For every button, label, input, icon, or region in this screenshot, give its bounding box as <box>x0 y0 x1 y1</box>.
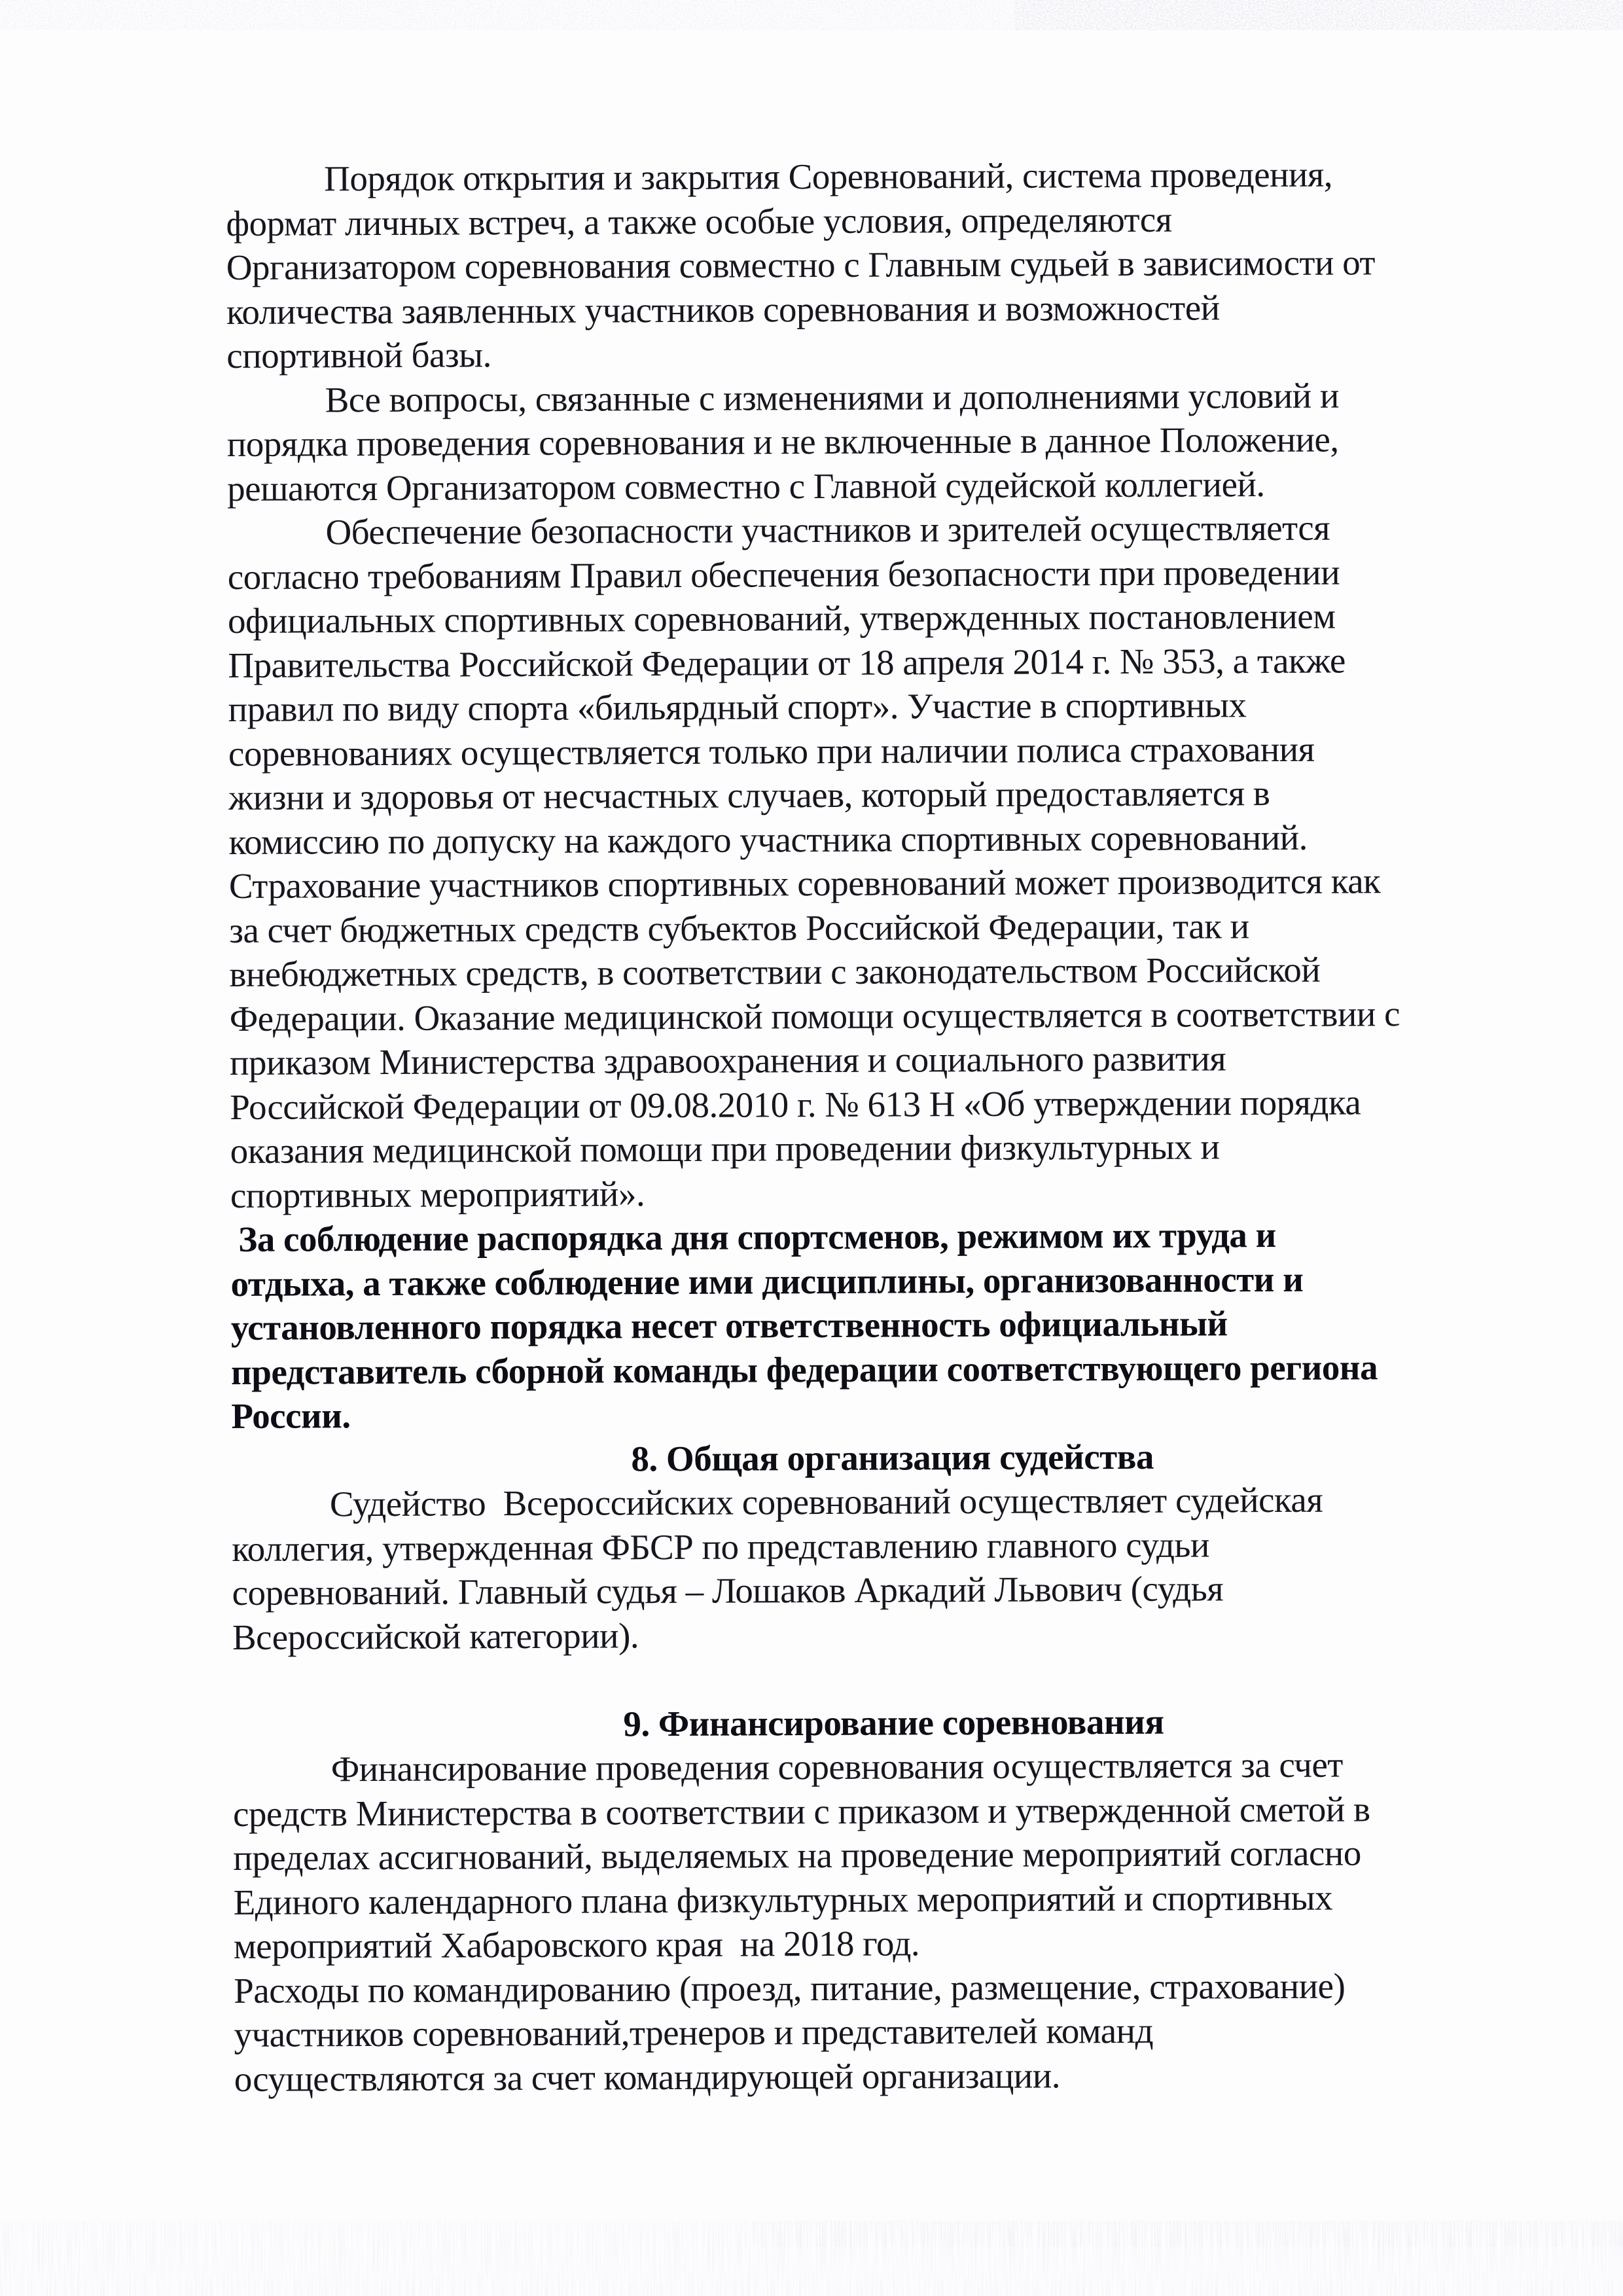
text-line: России. <box>231 1388 1524 1438</box>
text-line: согласно требованиям Правил обеспечения … <box>228 549 1520 599</box>
text-line: Судейство Всероссийских соревнований осу… <box>232 1477 1524 1526</box>
text-line: Обеспечение безопасности участников и зр… <box>227 505 1520 554</box>
text-line: спортивных мероприятий». <box>230 1168 1523 1217</box>
scan-noise-bottom-band <box>0 2221 1623 2296</box>
text-line: представитель сборной команды федерации … <box>231 1344 1524 1394</box>
text-line: соревнованиях осуществляется только при … <box>228 726 1521 776</box>
text-line: участников соревнований,тренеров и предс… <box>234 2007 1526 2056</box>
text-line: Финансирование проведения соревнования о… <box>233 1742 1525 1791</box>
text-line: оказания медицинской помощи при проведен… <box>230 1123 1522 1173</box>
document-text-block: Порядок открытия и закрытия Соревнований… <box>226 151 1527 2101</box>
scan-noise-top-band <box>0 0 1623 30</box>
text-line: пределах ассигнований, выделяемых на про… <box>233 1830 1525 1880</box>
text-line: решаются Организатором совместно с Главн… <box>227 461 1520 511</box>
text-line: Все вопросы, связанные с изменениями и д… <box>226 372 1519 422</box>
text-line: Федерации. Оказание медицинской помощи о… <box>230 991 1522 1041</box>
text-line: отдыха, а также соблюдение ими дисциплин… <box>230 1256 1523 1306</box>
text-line: Организатором соревнования совместно с Г… <box>226 240 1519 289</box>
text-line: средств Министерства в соответствии с пр… <box>233 1786 1525 1836</box>
scanned-document-page: Порядок открытия и закрытия Соревнований… <box>0 0 1623 2296</box>
text-line: официальных спортивных соревнований, утв… <box>228 593 1520 643</box>
section-heading: 8. Общая организация судейства <box>232 1433 1524 1482</box>
text-line: формат личных встреч, а также особые усл… <box>226 196 1518 245</box>
section-heading: 9. Финансирование соревнования <box>232 1698 1525 1748</box>
text-line: осуществляются за счет командирующей орг… <box>234 2051 1527 2101</box>
text-line: количества заявленных участников соревно… <box>226 284 1519 334</box>
text-line: за счет бюджетных средств субъектов Росс… <box>229 903 1522 952</box>
text-line: комиссию по допуску на каждого участника… <box>228 814 1521 864</box>
text-line: мероприятий Хабаровского края на 2018 го… <box>234 1918 1526 1968</box>
text-line: Правительства Российской Федерации от 18… <box>228 637 1520 687</box>
text-line: приказом Министерства здравоохранения и … <box>230 1035 1522 1085</box>
text-line: правил по виду спорта «бильярдный спорт»… <box>228 681 1521 731</box>
text-line: коллегия, утвержденная ФБСР по представл… <box>232 1521 1524 1571</box>
text-line: Российской Федерации от 09.08.2010 г. № … <box>230 1079 1522 1129</box>
text-line: соревнований. Главный судья – Лошаков Ар… <box>232 1565 1524 1615</box>
text-line: За соблюдение распорядка дня спортсменов… <box>230 1211 1523 1261</box>
text-line: внебюджетных средств, в соответствии с з… <box>229 946 1522 996</box>
text-line: порядка проведения соревнования и не вкл… <box>227 416 1520 466</box>
text-line: установленного порядка несет ответственн… <box>231 1300 1524 1350</box>
text-line: Страхование участников спортивных соревн… <box>229 858 1522 908</box>
text-line: Всероссийской категории). <box>232 1609 1525 1659</box>
text-line: Единого календарного плана физкультурных… <box>233 1874 1525 1924</box>
text-line: Расходы по командированию (проезд, питан… <box>234 1963 1526 2013</box>
blank-line <box>232 1653 1525 1703</box>
text-line: спортивной базы. <box>226 328 1519 378</box>
text-line: жизни и здоровья от несчастных случаев, … <box>228 770 1521 819</box>
text-line: Порядок открытия и закрытия Соревнований… <box>226 151 1518 201</box>
